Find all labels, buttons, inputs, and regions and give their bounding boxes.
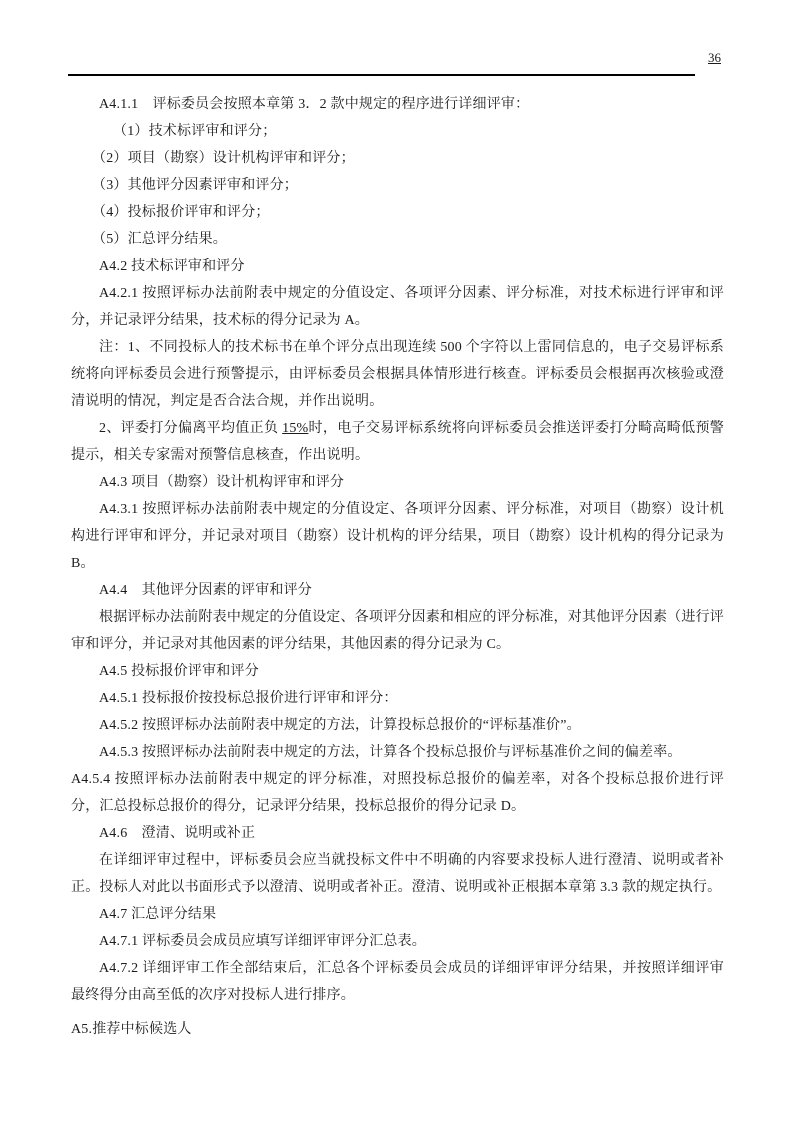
list-item-4: （4）投标报价评审和评分； bbox=[71, 199, 724, 226]
note-paragraph-2: 2、评委打分偏离平均值正负 15%时，电子交易评标系统将向评标委员会推送评委打分… bbox=[71, 415, 724, 469]
list-item-2: （2）项目（勘察）设计机构评审和评分； bbox=[71, 145, 724, 172]
heading-a4-7: A4.7 汇总评分结果 bbox=[71, 901, 724, 928]
clause-a4-5-1: A4.5.1 投标报价按投标总报价进行评审和评分： bbox=[71, 685, 724, 712]
list-item-3: （3）其他评分因素评审和评分； bbox=[71, 172, 724, 199]
clause-a4-5-2: A4.5.2 按照评标办法前附表中规定的方法，计算投标总报价的“评标基准价”。 bbox=[71, 712, 724, 739]
page-number: 36 bbox=[708, 50, 721, 66]
clause-a4-5-4: A4.5.4 按照评标办法前附表中规定的评分标准，对照投标总报价的偏差率，对各个… bbox=[71, 766, 724, 820]
list-item-1: （1）技术标评审和评分； bbox=[71, 118, 724, 145]
heading-a5: A5.推荐中标候选人 bbox=[71, 1016, 724, 1043]
header-rule bbox=[68, 74, 695, 76]
document-body: A4.1.1 评标委员会按照本章第 3．2 款中规定的程序进行详细评审： （1）… bbox=[71, 91, 724, 1043]
heading-a4-3: A4.3 项目（勘察）设计机构评审和评分 bbox=[71, 469, 724, 496]
clause-a4-7-1: A4.7.1 评标委员会成员应填写详细评审评分汇总表。 bbox=[71, 928, 724, 955]
note-paragraph-1: 注：1、不同投标人的技术标书在单个评分点出现连续 500 个字符以上雷同信息的，… bbox=[71, 334, 724, 415]
heading-a4-6: A4.6 澄清、说明或补正 bbox=[71, 820, 724, 847]
clause-a4-5-3: A4.5.3 按照评标办法前附表中规定的方法，计算各个投标总报价与评标基准价之间… bbox=[71, 739, 724, 766]
clause-a4-7-2: A4.7.2 详细评审工作全部结束后，汇总各个评标委员会成员的详细评审评分结果，… bbox=[71, 955, 724, 1009]
heading-a4-4: A4.4 其他评分因素的评审和评分 bbox=[71, 577, 724, 604]
underlined-threshold-value: 15% bbox=[282, 421, 308, 436]
list-item-5: （5）汇总评分结果。 bbox=[71, 226, 724, 253]
heading-a4-2: A4.2 技术标评审和评分 bbox=[71, 253, 724, 280]
document-page: 36 A4.1.1 评标委员会按照本章第 3．2 款中规定的程序进行详细评审： … bbox=[0, 0, 793, 1122]
note-2-text-before: 2、评委打分偏离平均值正负 bbox=[99, 421, 282, 436]
clause-a4-6-body: 在详细评审过程中，评标委员会应当就投标文件中不明确的内容要求投标人进行澄清、说明… bbox=[71, 847, 724, 901]
clause-a4-1-1: A4.1.1 评标委员会按照本章第 3．2 款中规定的程序进行详细评审： bbox=[71, 91, 724, 118]
clause-a4-3-1: A4.3.1 按照评标办法前附表中规定的分值设定、各项评分因素、评分标准，对项目… bbox=[71, 496, 724, 577]
clause-a4-2-1: A4.2.1 按照评标办法前附表中规定的分值设定、各项评分因素、评分标准，对技术… bbox=[71, 280, 724, 334]
heading-a4-5: A4.5 投标报价评审和评分 bbox=[71, 658, 724, 685]
clause-a4-4-body: 根据评标办法前附表中规定的分值设定、各项评分因素和相应的评分标准，对其他评分因素… bbox=[71, 604, 724, 658]
